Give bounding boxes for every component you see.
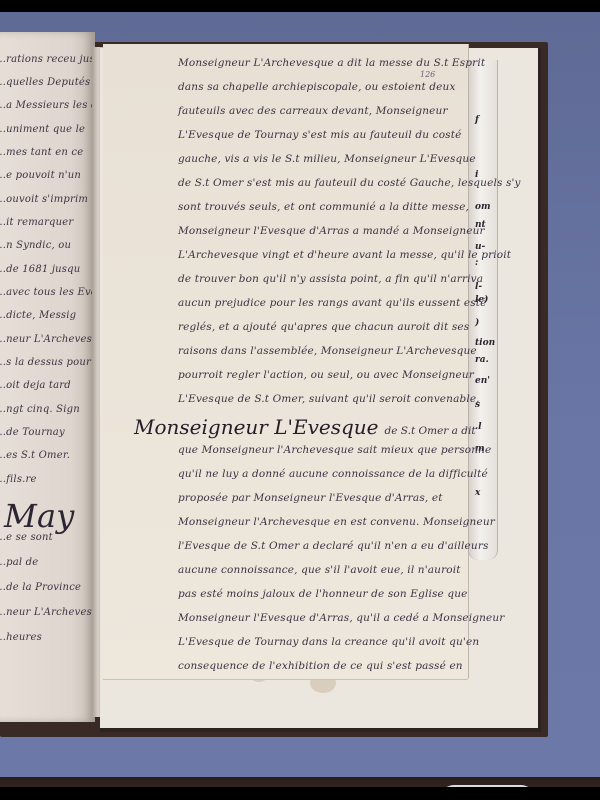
left-page: ...rations receu jusques ...quelles Depu… xyxy=(0,32,95,722)
manuscript-line: qu'il ne luy a donné aucune connoissance… xyxy=(178,468,488,480)
left-line: ...uniment que le xyxy=(0,124,85,135)
strip-fragment: f xyxy=(475,115,479,125)
page-number: 126 xyxy=(420,70,435,79)
left-line: ...n Syndic, ou xyxy=(0,240,71,251)
side-strip: f i om nt u- : l- le) ) tion ra. en' s .… xyxy=(468,60,498,560)
left-line: ...e pouvoit n'un xyxy=(0,170,81,181)
strip-fragment: ) xyxy=(475,318,479,328)
left-line: ...de la Province xyxy=(0,582,81,593)
strip-fragment: tion xyxy=(475,338,495,348)
left-line: ...dicte, Messig xyxy=(0,310,76,321)
strip-fragment: ra. xyxy=(475,355,489,365)
left-line: ...s la dessus pour xyxy=(0,357,91,368)
manuscript-line: consequence de l'exhibition de ce qui s'… xyxy=(178,660,463,672)
left-line: ...neur L'Archevesq xyxy=(0,607,99,618)
left-line: ...fils.re xyxy=(0,474,37,485)
manuscript-line: dans sa chapelle archiepiscopale, ou est… xyxy=(178,81,456,93)
strip-fragment: x xyxy=(475,488,480,498)
photo-scene: ...rations receu jusques ...quelles Depu… xyxy=(0,12,600,787)
left-line: ...es S.t Omer. xyxy=(0,450,70,461)
manuscript-heading: Monseigneur L'Evesque xyxy=(134,415,379,439)
manuscript-line: L'Archevesque vingt et d'heure avant la … xyxy=(178,249,511,261)
manuscript-line: de trouver bon qu'il n'y assista point, … xyxy=(178,273,483,285)
manuscript-line: pas esté moins jaloux de l'honneur de so… xyxy=(178,588,468,600)
manuscript-line: Monseigneur l'Archevesque en est convenu… xyxy=(178,516,495,528)
manuscript-line: gauche, vis a vis le S.t milieu, Monseig… xyxy=(178,153,476,165)
manuscript-line: que Monseigneur l'Archevesque sait mieux… xyxy=(178,444,491,456)
heading-line: Monseigneur L'Evesquede S.t Omer a dit xyxy=(134,415,476,439)
manuscript-line: de S.t Omer s'est mis au fauteuil du cos… xyxy=(178,177,521,189)
left-line: ...ngt cinq. Sign xyxy=(0,404,80,415)
manuscript-line: L'Evesque de S.t Omer, suivant qu'il ser… xyxy=(178,393,480,405)
manuscript-line: Monseigneur l'Evesque d'Arras a mandé a … xyxy=(178,225,485,237)
manuscript-line: aucun prejudice pour les rangs avant qu'… xyxy=(178,297,487,309)
left-line: ...pal de xyxy=(0,557,38,568)
cloth xyxy=(440,785,535,787)
left-line: ...oit deja tard xyxy=(0,380,71,391)
left-line: ...de Tournay xyxy=(0,427,65,438)
left-line: ...it remarquer xyxy=(0,217,73,228)
left-line: ...e se sont xyxy=(0,532,53,543)
manuscript-line: Monseigneur L'Archevesque a dit la messe… xyxy=(178,57,485,69)
manuscript-line: proposée par Monseigneur l'Evesque d'Arr… xyxy=(178,492,443,504)
manuscript-line: L'Evesque de Tournay dans la creance qu'… xyxy=(178,636,479,648)
left-line: ...mes tant en ce xyxy=(0,147,83,158)
manuscript-heading-tail: de S.t Omer a dit xyxy=(385,425,476,437)
left-line: ...neur L'Archevesq xyxy=(0,334,99,345)
left-line: ...de 1681 jusqu xyxy=(0,264,80,275)
manuscript-line: raisons dans l'assemblée, Monseigneur L'… xyxy=(178,345,477,357)
left-line: ...ouvoit s'imprim xyxy=(0,194,88,205)
manuscript-line: L'Evesque de Tournay s'est mis au fauteu… xyxy=(178,129,461,141)
manuscript-line: l'Evesque de S.t Omer a declaré qu'il n'… xyxy=(178,540,489,552)
manuscript-line: sont trouvés seuls, et ont communié a la… xyxy=(178,201,469,213)
left-line: ...heures xyxy=(0,632,42,643)
manuscript-line: fauteuils avec des carreaux devant, Mons… xyxy=(178,105,448,117)
manuscript-line: pourroit regler l'action, ou seul, ou av… xyxy=(178,369,474,381)
manuscript-line: Monseigneur l'Evesque d'Arras, qu'il a c… xyxy=(178,612,504,624)
strip-fragment: en' xyxy=(475,376,490,386)
left-line: ...quelles Deputés xyxy=(0,77,90,88)
manuscript-line: reglés, et a ajouté qu'apres que chacun … xyxy=(178,321,469,333)
manuscript-line: aucune connoissance, que s'il l'avoit eu… xyxy=(178,564,461,576)
left-large-word: May xyxy=(4,497,75,535)
strip-fragment: om xyxy=(475,202,491,212)
